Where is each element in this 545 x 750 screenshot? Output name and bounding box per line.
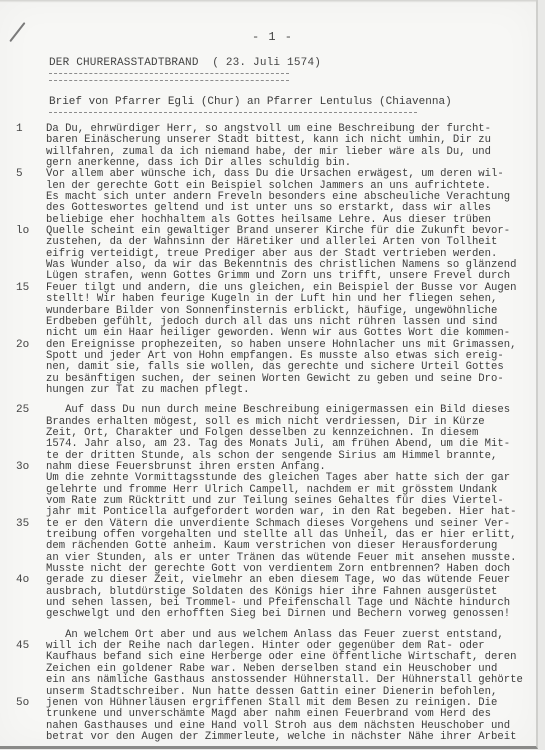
paragraph: 25 Auf dass Du nun durch meine Beschreib… [0, 405, 545, 621]
line-number: 2o [16, 340, 36, 351]
subtitle-underline [49, 112, 417, 113]
line-text: betrat vor den Augen der Zimmerleute, we… [46, 732, 516, 743]
text-line: trunkene und unverschämte Magd aber nahm… [0, 709, 545, 720]
paragraph: An welchem Ort aber und aus welchem Anla… [0, 630, 545, 743]
text-line: 25 Auf dass Du nun durch meine Beschreib… [0, 405, 545, 416]
line-number: 5o [16, 698, 36, 709]
page-number: - 1 - [0, 30, 545, 44]
line-text: nen, damit sie, falls sie wollen, das ge… [46, 362, 504, 373]
text-line: jahr mit Ponticella aufgefordert worden … [0, 507, 545, 518]
letter-body: 1Da Du, ehrwürdiger Herr, so angstvoll u… [0, 124, 545, 743]
line-number: 15 [16, 283, 36, 294]
line-text: baren Einäscherung unserer Stadt bittest… [46, 135, 491, 146]
line-text: ein ans nämliche Gasthaus anstossender H… [46, 675, 523, 686]
text-line: Um die zehnte Vormittagsstunde des gleic… [0, 473, 545, 484]
line-number: 35 [16, 519, 36, 530]
line-number: 4o [16, 575, 36, 586]
line-text: Um die zehnte Vormittagsstunde des gleic… [46, 473, 510, 484]
text-line: baren Einäscherung unserer Stadt bittest… [0, 135, 545, 146]
text-line: stellt! Wir haben feurige Kugeln in der … [0, 294, 545, 305]
document-page: - 1 - DER CHURERASSTADTBRAND ( 23. Juli … [0, 0, 538, 749]
title-double-underline [49, 73, 289, 81]
line-number: lo [16, 226, 36, 237]
document-subtitle: Brief von Pfarrer Egli (Chur) an Pfarrer… [49, 96, 452, 108]
page-top-edge [0, 0, 536, 3]
line-text: nicht um ein Haar heiliger geworden. Wen… [46, 328, 510, 339]
text-line: betrat vor den Augen der Zimmerleute, we… [0, 732, 545, 743]
text-line: geschwelgt und den erhofften Sieg bei Di… [0, 609, 545, 620]
line-text: stellt! Wir haben feurige Kugeln in der … [46, 294, 497, 305]
text-line: nicht um ein Haar heiliger geworden. Wen… [0, 328, 545, 339]
document-title: DER CHURERASSTADTBRAND ( 23. Juli 1574) [49, 57, 321, 69]
line-number: 25 [16, 405, 36, 416]
paragraph: 1Da Du, ehrwürdiger Herr, so angstvoll u… [0, 124, 545, 396]
line-number: 1 [16, 124, 36, 135]
text-line: 1574. Jahr also, am 23. Tag des Monats J… [0, 439, 545, 450]
line-text: geschwelgt und den erhofften Sieg bei Di… [46, 609, 510, 620]
text-line: hungen zur Tat zu machen pflegt. [0, 385, 545, 396]
line-text: jahr mit Ponticella aufgefordert worden … [46, 507, 516, 518]
line-text: Auf dass Du nun durch meine Beschreibung… [46, 405, 510, 416]
line-number: 5 [16, 169, 36, 180]
line-number: 45 [16, 641, 36, 652]
text-line: ein ans nämliche Gasthaus anstossender H… [0, 675, 545, 686]
text-line: nen, damit sie, falls sie wollen, das ge… [0, 362, 545, 373]
line-number: 3o [16, 462, 36, 473]
line-text: trunkene und unverschämte Magd aber nahm… [46, 709, 491, 720]
line-text: 1574. Jahr also, am 23. Tag des Monats J… [46, 439, 510, 450]
line-text: hungen zur Tat zu machen pflegt. [46, 385, 249, 396]
